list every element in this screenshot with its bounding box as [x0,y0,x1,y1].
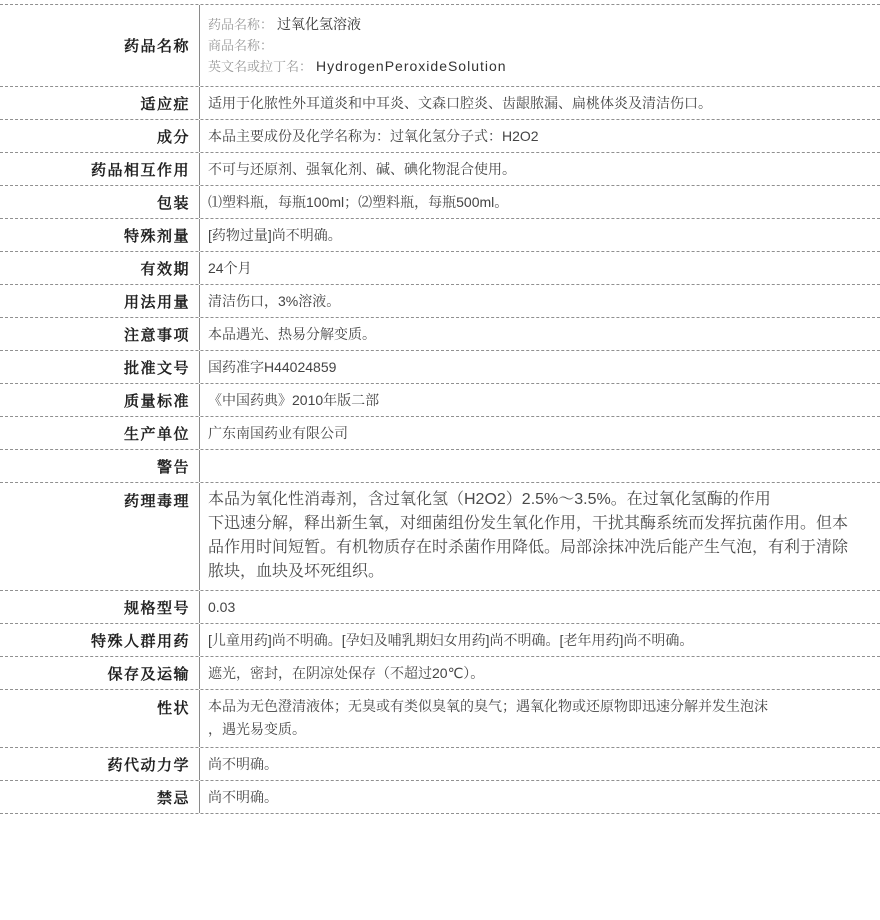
table-row: 警告 [0,450,880,483]
row-label: 包装 [0,186,200,218]
row-value: 尚不明确。 [200,781,880,813]
row-label-text: 批准文号 [124,357,190,378]
table-row: 药代动力学尚不明确。 [0,748,880,781]
row-label-text: 性状 [157,697,190,718]
row-label: 性状 [0,690,200,747]
row-value-text: 清洁伤口，3%溶液。 [208,291,340,311]
field-key: 商品名称： [208,38,273,53]
row-value: ⑴塑料瓶，每瓶100ml；⑵塑料瓶，每瓶500ml。 [200,186,880,218]
row-value-text: 适用于化脓性外耳道炎和中耳炎、文森口腔炎、齿龈脓漏、扁桃体炎及清洁伤口。 [208,93,712,113]
row-value-text: [药物过量]尚不明确。 [208,225,342,245]
table-rows: 适应症适用于化脓性外耳道炎和中耳炎、文森口腔炎、齿龈脓漏、扁桃体炎及清洁伤口。成… [0,87,880,814]
row-label: 生产单位 [0,417,200,449]
row-value: 广东南国药业有限公司 [200,417,880,449]
table-row: 注意事项本品遇光、热易分解变质。 [0,318,880,351]
row-value-text: 本品遇光、热易分解变质。 [208,324,376,344]
table-row: 批准文号国药准字H44024859 [0,351,880,384]
table-row: 质量标准《中国药典》2010年版二部 [0,384,880,417]
table-row: 特殊人群用药[儿童用药]尚不明确。[孕妇及哺乳期妇女用药]尚不明确。[老年用药]… [0,624,880,657]
row-value-text: 国药准字H44024859 [208,357,336,377]
row-label-text: 药理毒理 [124,490,190,511]
row-label: 药代动力学 [0,748,200,780]
drug-name-line: 药品名称：过氧化氢溶液 [208,14,361,35]
table-row: 有效期24个月 [0,252,880,285]
row-label: 规格型号 [0,591,200,623]
row-label-text: 适应症 [140,93,190,114]
row-label-text: 有效期 [140,258,190,279]
row-label-text: 药品相互作用 [91,159,190,180]
table-row: 禁忌尚不明确。 [0,781,880,814]
row-label: 有效期 [0,252,200,284]
row-label-text: 警告 [157,456,190,477]
row-label-text: 规格型号 [124,597,190,618]
row-label-text: 药代动力学 [107,754,190,775]
row-value-text: 遮光，密封，在阴凉处保存（不超过20℃）。 [208,663,484,683]
field-key: 英文名或拉丁名： [208,59,312,74]
row-value: 本品为无色澄清液体；无臭或有类似臭氧的臭气；遇氧化物或还原物即迅速分解并发生泡沫… [200,690,880,747]
row-value-text: 0.03 [208,597,235,617]
row-value: 本品遇光、热易分解变质。 [200,318,880,350]
row-value-text: 《中国药典》2010年版二部 [208,390,379,410]
row-label: 保存及运输 [0,657,200,689]
row-label-text: 药品名称 [124,35,190,56]
row-value: 不可与还原剂、强氧化剂、碱、碘化物混合使用。 [200,153,880,185]
row-value [200,450,880,482]
row-label-text: 特殊剂量 [124,225,190,246]
row-label: 药理毒理 [0,483,200,590]
row-value: 药品名称：过氧化氢溶液 商品名称： 英文名或拉丁名：HydrogenPeroxi… [200,5,880,86]
row-label: 适应症 [0,87,200,119]
row-value-text: 尚不明确。 [208,787,278,807]
table-row: 药理毒理本品为氧化性消毒剂，含过氧化氢（H2O2）2.5%～3.5%。在过氧化氢… [0,483,880,591]
row-value-text: 本品主要成份及化学名称为：过氧化氢分子式：H2O2 [208,126,539,146]
row-value: 本品主要成份及化学名称为：过氧化氢分子式：H2O2 [200,120,880,152]
row-label-text: 用法用量 [124,291,190,312]
table-row: 适应症适用于化脓性外耳道炎和中耳炎、文森口腔炎、齿龈脓漏、扁桃体炎及清洁伤口。 [0,87,880,120]
table-row-drug-name: 药品名称 药品名称：过氧化氢溶液 商品名称： 英文名或拉丁名：HydrogenP… [0,5,880,87]
english-name-line: 英文名或拉丁名：HydrogenPeroxideSolution [208,56,507,77]
row-label: 禁忌 [0,781,200,813]
field-key: 药品名称： [208,17,273,32]
row-value: 遮光，密封，在阴凉处保存（不超过20℃）。 [200,657,880,689]
table-row: 特殊剂量[药物过量]尚不明确。 [0,219,880,252]
row-label-text: 禁忌 [157,787,190,808]
row-value-text: 尚不明确。 [208,754,278,774]
row-value: 尚不明确。 [200,748,880,780]
table-row: 保存及运输遮光，密封，在阴凉处保存（不超过20℃）。 [0,657,880,690]
row-label: 警告 [0,450,200,482]
row-value-text: 不可与还原剂、强氧化剂、碱、碘化物混合使用。 [208,159,516,179]
row-label: 用法用量 [0,285,200,317]
row-label-text: 注意事项 [124,324,190,345]
row-label: 批准文号 [0,351,200,383]
table-row: 规格型号0.03 [0,591,880,624]
row-value: 清洁伤口，3%溶液。 [200,285,880,317]
row-value-text: 24个月 [208,258,252,278]
row-label: 注意事项 [0,318,200,350]
row-label: 药品相互作用 [0,153,200,185]
row-value: 0.03 [200,591,880,623]
row-label: 特殊人群用药 [0,624,200,656]
row-value: 适用于化脓性外耳道炎和中耳炎、文森口腔炎、齿龈脓漏、扁桃体炎及清洁伤口。 [200,87,880,119]
row-label-text: 成分 [157,126,190,147]
table-row: 性状本品为无色澄清液体；无臭或有类似臭氧的臭气；遇氧化物或还原物即迅速分解并发生… [0,690,880,748]
row-label-text: 特殊人群用药 [91,630,190,651]
field-value: 过氧化氢溶液 [277,16,361,32]
row-label-text: 保存及运输 [107,663,190,684]
field-value: HydrogenPeroxideSolution [316,58,507,74]
row-value-text: 本品为无色澄清液体；无臭或有类似臭氧的臭气；遇氧化物或还原物即迅速分解并发生泡沫… [208,695,768,741]
row-value: [药物过量]尚不明确。 [200,219,880,251]
table-row: 成分本品主要成份及化学名称为：过氧化氢分子式：H2O2 [0,120,880,153]
row-label: 质量标准 [0,384,200,416]
table-row: 用法用量清洁伤口，3%溶液。 [0,285,880,318]
row-value: 24个月 [200,252,880,284]
row-label-text: 包装 [157,192,190,213]
row-value: 本品为氧化性消毒剂，含过氧化氢（H2O2）2.5%～3.5%。在过氧化氢酶的作用… [200,483,880,590]
row-value-text: [儿童用药]尚不明确。[孕妇及哺乳期妇女用药]尚不明确。[老年用药]尚不明确。 [208,630,693,650]
row-label: 特殊剂量 [0,219,200,251]
row-label: 药品名称 [0,5,200,86]
row-value: 《中国药典》2010年版二部 [200,384,880,416]
row-value-text: ⑴塑料瓶，每瓶100ml；⑵塑料瓶，每瓶500ml。 [208,192,508,212]
table-row: 药品相互作用不可与还原剂、强氧化剂、碱、碘化物混合使用。 [0,153,880,186]
table-row: 生产单位广东南国药业有限公司 [0,417,880,450]
row-value-text: 本品为氧化性消毒剂，含过氧化氢（H2O2）2.5%～3.5%。在过氧化氢酶的作用… [208,488,848,584]
row-value-text: 广东南国药业有限公司 [208,423,348,443]
row-label-text: 生产单位 [124,423,190,444]
table-row: 包装⑴塑料瓶，每瓶100ml；⑵塑料瓶，每瓶500ml。 [0,186,880,219]
row-value: 国药准字H44024859 [200,351,880,383]
row-label-text: 质量标准 [124,390,190,411]
row-label: 成分 [0,120,200,152]
trade-name-line: 商品名称： [208,35,277,56]
drug-info-table: 药品名称 药品名称：过氧化氢溶液 商品名称： 英文名或拉丁名：HydrogenP… [0,4,880,814]
row-value: [儿童用药]尚不明确。[孕妇及哺乳期妇女用药]尚不明确。[老年用药]尚不明确。 [200,624,880,656]
